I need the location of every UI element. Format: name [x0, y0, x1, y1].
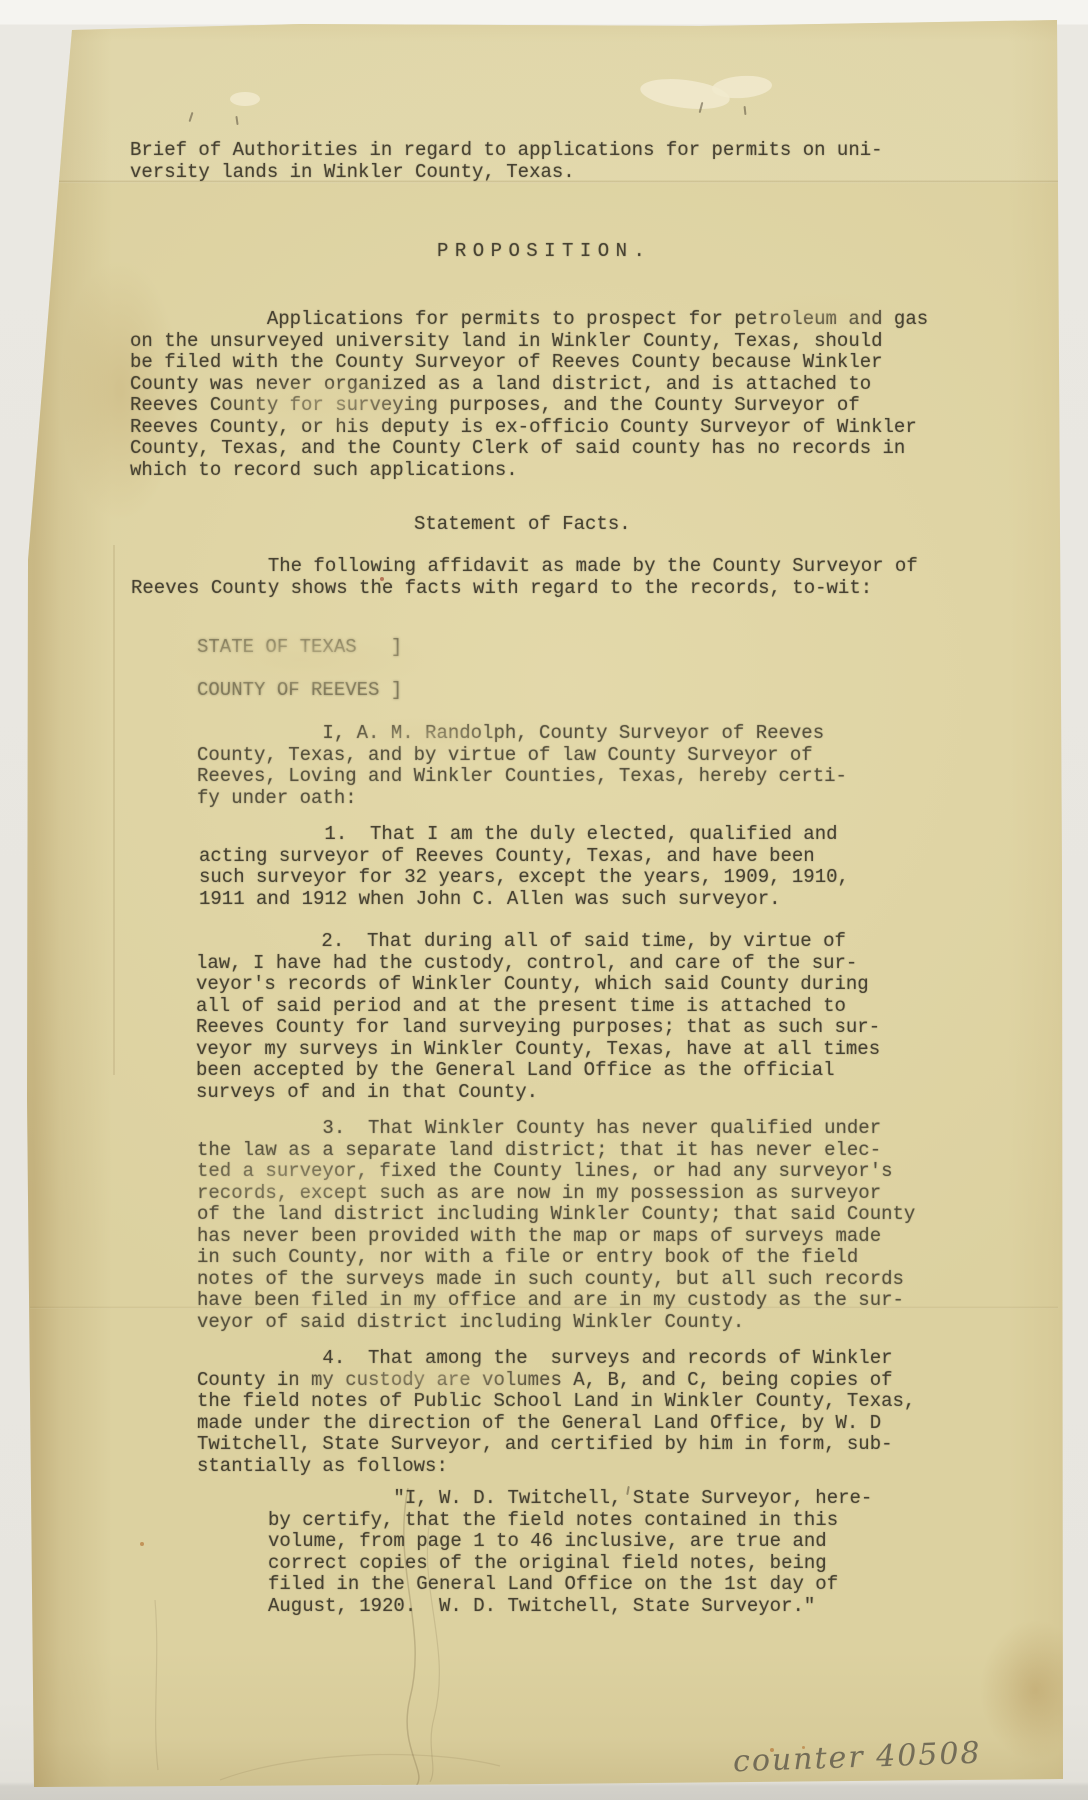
scanned-document-view: { "colors":{"paper":"#dcd1a0","mat":"#e9…: [0, 0, 1088, 1800]
paper-tear: [711, 74, 772, 100]
affiant-intro-paragraph: I, A. M. Randolph, County Surveyor of Re…: [197, 723, 847, 809]
handwritten-archive-number: counter 40508: [732, 1736, 982, 1780]
affidavit-item-3: 3. That Winkler County has never qualifi…: [197, 1118, 915, 1333]
document-title: Brief of Authorities in regard to applic…: [130, 140, 883, 183]
paper-sheet: Brief of Authorities in regard to applic…: [0, 0, 1088, 1800]
affidavit-item-2: 2. That during all of said time, by virt…: [196, 931, 880, 1103]
ink-stray-mark: [744, 106, 747, 115]
certification-quote: "I, W. D. Twitchell, State Surveyor, her…: [268, 1488, 872, 1617]
statement-of-facts-heading: Statement of Facts.: [414, 514, 631, 536]
jurat-state-line: STATE OF TEXAS ]: [197, 637, 402, 659]
fold-crease: [113, 545, 115, 1075]
statement-intro-paragraph: The following affidavit as made by the C…: [131, 556, 918, 599]
jurat-county-line: COUNTY OF REEVES ]: [197, 680, 402, 702]
affidavit-item-1: 1. That I am the duly elected, qualified…: [199, 824, 849, 910]
proposition-paragraph: Applications for permits to prospect for…: [130, 309, 928, 481]
paper-tear: [230, 92, 260, 106]
affidavit-item-4: 4. That among the surveys and records of…: [197, 1348, 915, 1477]
paper-stain: [980, 1620, 1088, 1760]
proposition-heading: PROPOSITION.: [437, 241, 651, 263]
ink-stray-mark: [235, 116, 238, 125]
ink-stray-mark: [189, 112, 194, 122]
